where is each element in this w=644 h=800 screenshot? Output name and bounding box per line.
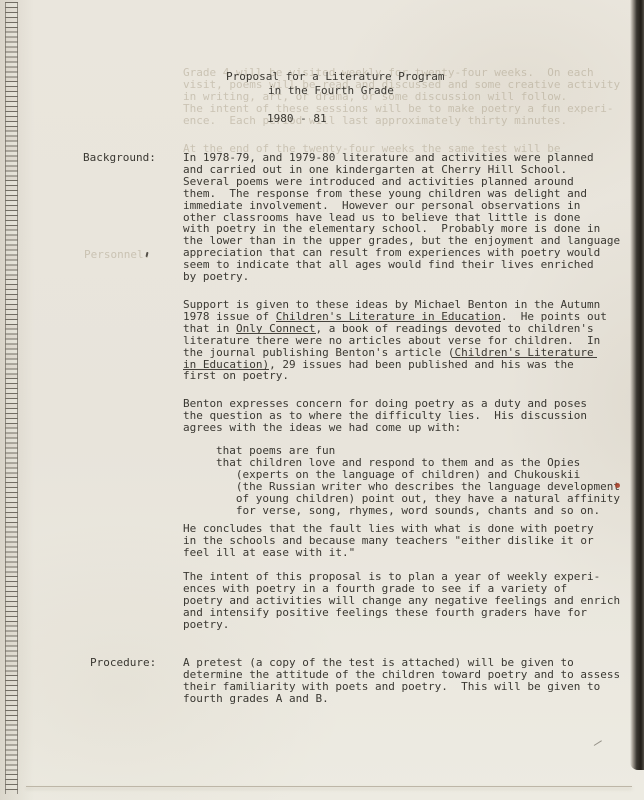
background-paragraph-3: Benton expresses concern for doing poetr… bbox=[183, 398, 587, 434]
section-label-procedure: Procedure: bbox=[90, 657, 156, 669]
background-paragraph-4: He concludes that the fault lies with wh… bbox=[183, 523, 594, 559]
background-indented-list: that poems are fun that children love an… bbox=[216, 445, 620, 516]
scanned-page: Grade 4 will be visited weekly for twent… bbox=[0, 0, 644, 800]
background-paragraph-5: The intent of this proposal is to plan a… bbox=[183, 571, 620, 631]
red-ink-dot bbox=[615, 483, 620, 488]
underline-in-education bbox=[183, 369, 269, 370]
pencil-stray-mark bbox=[591, 736, 602, 746]
underline-childrens-literature bbox=[452, 357, 597, 358]
page-title-term: 1980 - 81 bbox=[267, 113, 327, 125]
page-edge-shadow bbox=[630, 0, 644, 770]
binding-shadow bbox=[0, 0, 34, 800]
bleedthrough-text: ence. Each period will last approximatel… bbox=[183, 115, 567, 127]
section-label-background: Background: bbox=[83, 152, 156, 164]
underline-childrens-literature-in-education bbox=[276, 321, 501, 322]
background-paragraph-1: In 1978-79, and 1979-80 literature and a… bbox=[183, 152, 620, 283]
page-bottom-edge bbox=[26, 786, 632, 787]
underline-only-connect bbox=[236, 333, 316, 334]
page-title-line2: in the Fourth Grade bbox=[268, 85, 394, 97]
procedure-paragraph-1: A pretest (a copy of the test is attache… bbox=[183, 657, 620, 705]
page-title-line1: Proposal for a Literature Program bbox=[226, 71, 445, 83]
bleedthrough-text: Personnel: bbox=[84, 249, 150, 261]
